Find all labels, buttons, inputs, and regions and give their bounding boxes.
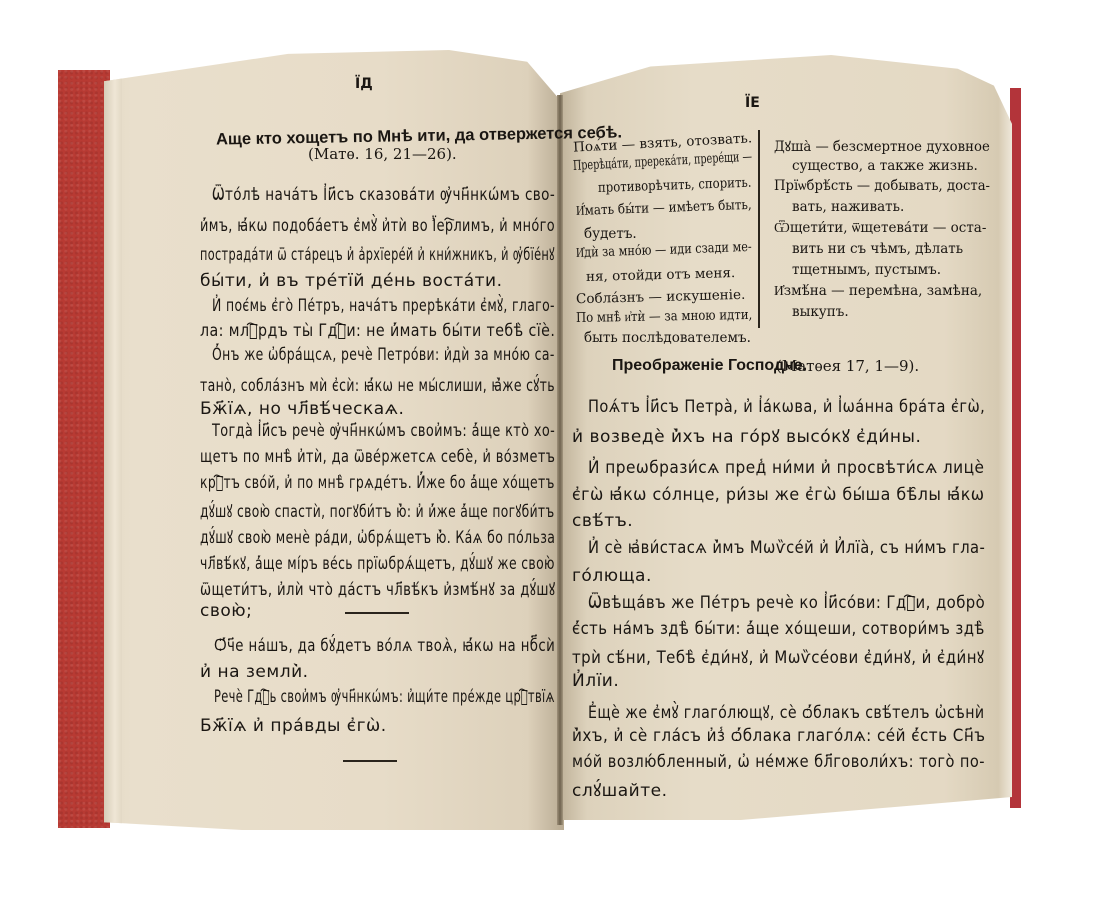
text-line: пострада́ти ѿ ста́рецъ и҆ а҆рхїере́й и҆ … xyxy=(200,242,555,265)
text-line: Ѿто́лѣ нача́тъ І҆и҃съ сказова́ти ѹ҆чн҃нк… xyxy=(212,185,555,205)
text-line: ла: млⷭ҇рдъ ты̀ Гдⷭ҇и: не и҆́мать бы́ти … xyxy=(200,321,555,341)
text-line: Речѐ Гдⷭ҇ь свои҆мъ ѹ҆чн҃нкѡ́мъ: и҆щи́те … xyxy=(214,687,555,707)
text-line: И҆ сѐ ꙗ҆ви́стасѧ и҆̀мъ Мѡѷсе́й и҆ И҆лїа̀… xyxy=(588,538,985,558)
text-line: Поѧ́тъ І҆и҃съ Петра̀, и҆ І҆а́кѡва, и҆ І҆… xyxy=(588,397,985,417)
text-line: Ѻ҆́ч҃е на́шъ, да бꙋ́детъ во́лѧ твоѧ̀, ꙗ҆… xyxy=(214,633,555,656)
glossary-entry: По мнѣ̀ и҆тѝ — за мною идти, xyxy=(576,307,753,326)
glossary-entry: тщетнымъ, пустымъ. xyxy=(792,262,941,278)
glossary-entry: быть послѣдователемъ. xyxy=(584,330,751,346)
text-line: тано̀, собла́знъ мѝ є҆сѝ: ꙗ҆́кѡ не мы́сл… xyxy=(200,373,555,396)
text-line: мо́й возлю́бленный, ѡ҆ не́мже бл҃говоли́… xyxy=(572,752,985,772)
text-line: Тогда̀ І҆и҃съ речѐ ѹ҆чн҃нкѡ́мъ свои҆мъ: … xyxy=(212,421,555,441)
text-line: И҆лїи. xyxy=(572,671,619,691)
page-edge xyxy=(104,50,122,830)
book-gutter xyxy=(557,95,563,825)
text-line: го́люща. xyxy=(572,566,652,586)
text-line: Бж҃їѧ, но чл҃вѣ́ческаѧ. xyxy=(200,399,404,419)
text-line: И҆ преѡбрази́сѧ пред̾ ни́ми и҆ просвѣти́… xyxy=(588,458,984,478)
left-page-number: ЇД xyxy=(355,76,373,92)
text-line: и҆ на земли̇̀. xyxy=(200,662,309,682)
glossary-entry: существо, а также жизнь. xyxy=(792,158,978,174)
text-line: и҆́мъ, ꙗ҆́кѡ подоба́етъ є҆мꙋ̀ и҆тѝ во Ї҆… xyxy=(200,213,555,236)
book-cover-left xyxy=(58,70,110,828)
text-line: є҆гѡ̀ ꙗ҆́кѡ со́лнце, ри́зы же є҆гѡ̀ бы́ш… xyxy=(572,485,985,505)
text-line: слꙋ́шайте. xyxy=(572,778,667,801)
text-line: бы́ти, и҆ въ тре́тїй де́нь воста́ти. xyxy=(200,271,502,291)
right-section-reference: (Матѳея 17, 1—9). xyxy=(776,357,919,375)
text-line: щетъ по мнѣ̀ и҆тѝ, да ѿве́ржетсѧ себѐ, и… xyxy=(200,447,555,467)
text-line: И҆ поє́мь є҆го̀ Пе́тръ, нача́тъ прерѣка́… xyxy=(212,293,555,316)
text-line: Бж҃їѧ и҆ пра́вды є҆гѡ̀. xyxy=(200,716,387,736)
text-line: и҆̀хъ, и҆ сѐ гла́съ и҆з̾ ѻ҆́блака глаго́… xyxy=(572,726,985,746)
glossary-column-divider xyxy=(758,130,760,328)
text-line: чл҃вѣ́кꙋ, а҆́ще мі́ръ ве́сь прїѡбрѧ́щетъ… xyxy=(200,551,555,574)
glossary-entry: вать, наживать. xyxy=(792,199,904,215)
right-page-number: ЇЕ xyxy=(745,95,760,111)
glossary-entry: будетъ. xyxy=(584,226,637,242)
left-section-reference: (Матѳ. 16, 21—26). xyxy=(308,145,457,163)
text-line: крⷭ҇тъ сво́й, и҆ по мнѣ̀ грѧде́тъ. И҆́же… xyxy=(200,473,555,493)
text-line: О҆́нъ же ѡ҆бра́щсѧ, речѐ Петро́ви: и҆дѝ … xyxy=(212,345,555,365)
glossary-entry: вить ни съ чѣмъ, дѣлать xyxy=(792,241,963,257)
glossary-entry: Прїѡбрѣ́сть — добывать, доста- xyxy=(774,178,990,194)
text-line: дꙋ́шꙋ свою̀ менѐ ра́ди, ѡ҆брѧ́щетъ ю҆̀. … xyxy=(200,525,555,548)
glossary-entry: выкупъ. xyxy=(792,304,849,320)
glossary-entry: И҆змѣ́на — перемѣна, замѣна, xyxy=(774,283,982,299)
section-divider xyxy=(343,760,397,762)
text-line: свѣ́тъ. xyxy=(572,511,633,531)
text-line: Ѿвѣща́въ же Пе́тръ речѐ ко І҆и҃со́ви: Гд… xyxy=(588,593,985,613)
text-line: Е҆щѐ же є҆мꙋ̀ глаго́лющꙋ, сѐ ѻ҆́блакъ св… xyxy=(588,700,985,723)
section-divider xyxy=(345,612,409,614)
text-line: дꙋ́шꙋ свою̀ спастѝ, погꙋби́тъ ю҆̀: и҆ и҆… xyxy=(200,499,555,522)
text-line: свою̀; xyxy=(200,601,252,621)
text-line: и҆ возведѐ и҆̀хъ на го́рꙋ высо́кꙋ є҆ди́н… xyxy=(572,424,921,447)
glossary-entry: Дꙋша̀ — безсмертное духовное xyxy=(774,137,990,155)
text-line: ѿщети́тъ, и҆лѝ что̀ да́стъ чл҃вѣ́къ и҆зм… xyxy=(200,577,555,600)
text-line: є҆́сть на́мъ здѣ̀ бы́ти: а҆́ще хо́щеши, … xyxy=(572,619,985,639)
glossary-entry: Ѿщети́ти, ѿщетева́ти — оста- xyxy=(774,220,986,236)
text-line: трѝ сѣ́ни, Тебѣ̀ є҆ди́нꙋ, и҆ Мѡѷсе́ови є… xyxy=(572,645,984,668)
